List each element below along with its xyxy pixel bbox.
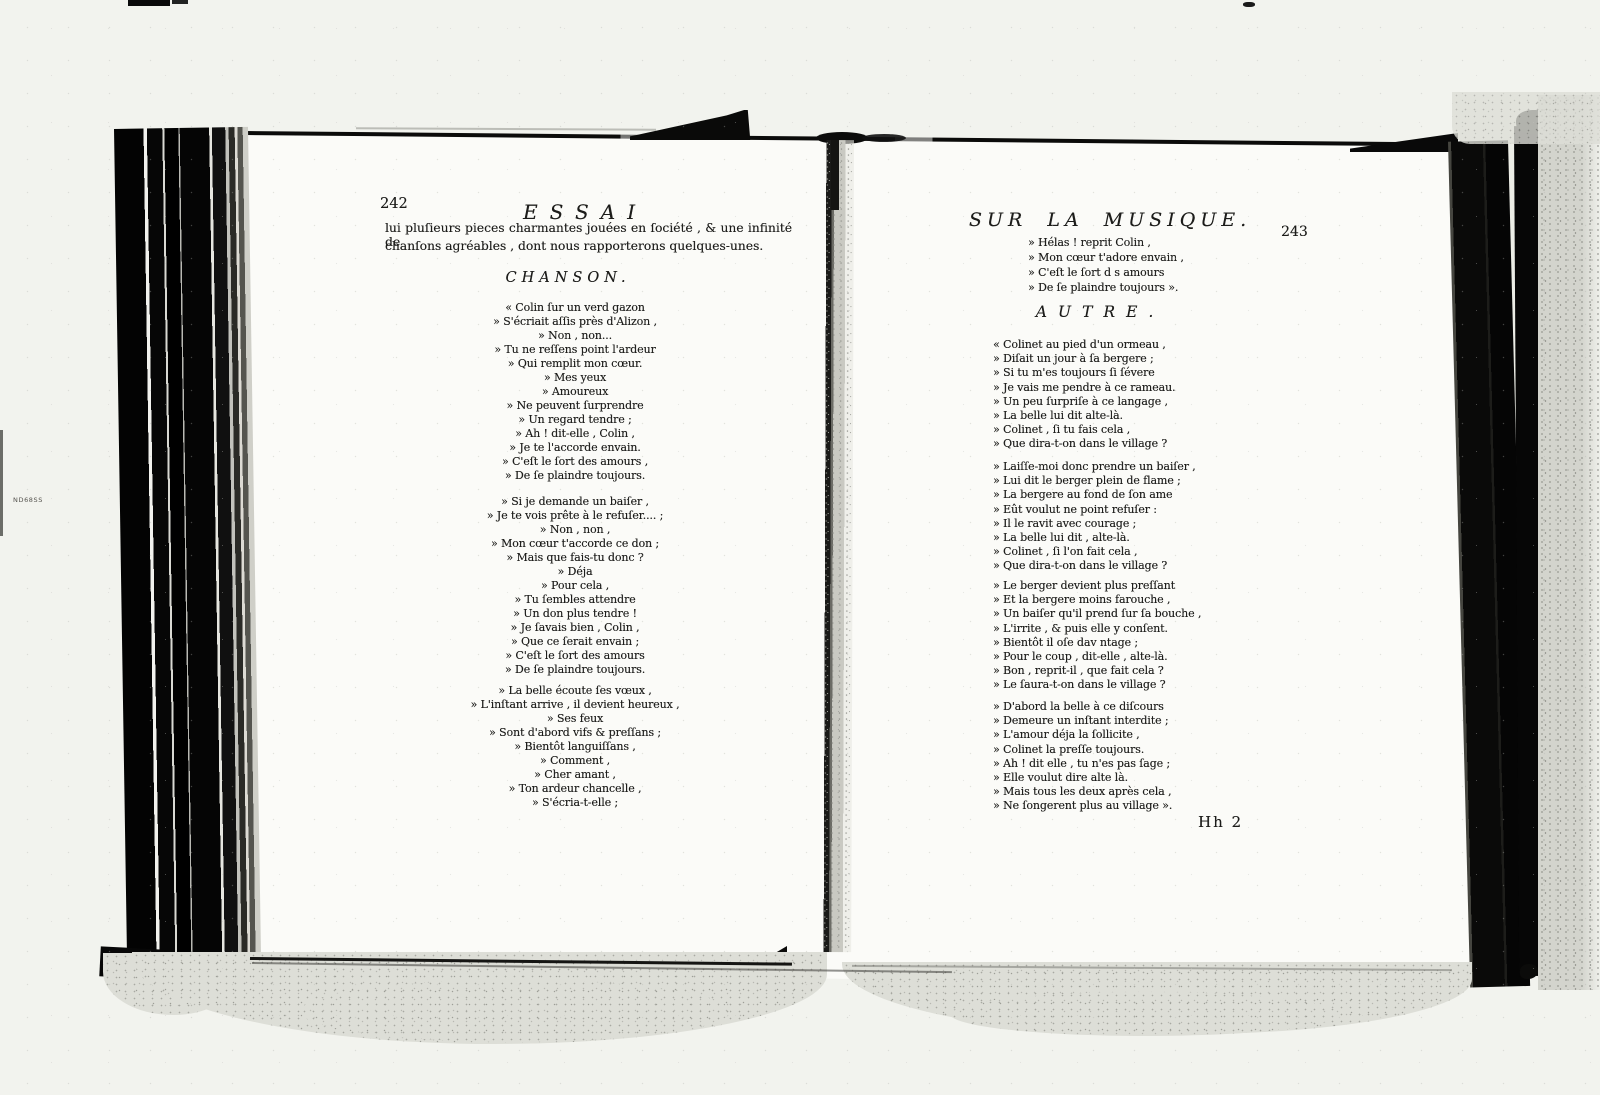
intro-paragraph-line: lui pluſieurs pieces charmantes jouées e… [385, 221, 792, 238]
poem-line: » Je ſavais bien , Colin , [368, 621, 782, 635]
poem-line: » Bon , reprit-il , que fait cela ? [993, 664, 1293, 678]
scanned-book-spread: ND68SS 242 ESSAI lui pluſieurs pieces ch… [0, 0, 1600, 1095]
intro-paragraph-line: chanſons agréables , dont nous rapporter… [385, 239, 792, 256]
poem-line: » Je te vois prête à le refuſer.... ; [368, 509, 782, 523]
poem-line: » Le ſaura-t-on dans le village ? [993, 678, 1293, 692]
left-page-edge-stack [114, 127, 261, 978]
poem-line: » Un baiſer qu'il prend ſur ſa bouche , [993, 607, 1293, 621]
poem-line: » Non , non... [368, 329, 782, 343]
section-heading-chanson: CHANSON. [368, 270, 768, 286]
poem-line: » Pour le coup , dit-elle , alte-là. [993, 650, 1293, 664]
poem-line: » Tu ſembles attendre [368, 593, 782, 607]
poem-line: » Colinet la preſſe toujours. [993, 743, 1293, 757]
poem-line: » Un don plus tendre ! [368, 607, 782, 621]
poem-line: » Hélas ! reprit Colin , [1028, 235, 1308, 250]
scan-artifact-blob [862, 134, 906, 142]
poem-line: » Lui dit le berger plein de flame ; [993, 474, 1293, 488]
scan-artifact-blob [630, 110, 754, 140]
poem-line: » Si je demande un baiſer , [368, 495, 782, 509]
poem-line: » Qui remplit mon cœur. [368, 357, 782, 371]
scan-artifact-faint-line [356, 127, 656, 131]
autre-stanza-3: » Le berger devient plus preſſant» Et la… [993, 579, 1293, 693]
book-gutter-top [831, 140, 839, 210]
scan-artifact-mark [1243, 2, 1255, 7]
poem-line: » Eût voulut ne point refuſer : [993, 503, 1293, 517]
poem-line: » Mon cœur t'adore envain , [1028, 250, 1308, 265]
scan-artifact-edge-line [0, 430, 3, 536]
poem-line: » Elle voulut dire alte là. [993, 771, 1293, 785]
poem-line: » Le berger devient plus preſſant [993, 579, 1293, 593]
poem-line: » Déja [368, 565, 782, 579]
poem-line: » Tu ne reſſens point l'ardeur [368, 343, 782, 357]
poem-line: » Que dira-t-on dans le village ? [993, 559, 1293, 573]
poem-line: » Si tu m'es toujours ſi ſévere [993, 366, 1293, 380]
poem-line: » Ne ſongerent plus au village ». [993, 799, 1293, 813]
poem-line: » D'abord la belle à ce diſcours [993, 700, 1293, 714]
poem-line: » C'eſt le ſort des amours [368, 649, 782, 663]
poem-line: » De ſe plaindre toujours ». [1028, 280, 1308, 295]
poem-line: » Ah ! dit elle , tu n'es pas ſage ; [993, 757, 1293, 771]
poem-line: » De ſe plaindre toujours. [368, 663, 782, 677]
chanson-stanza-3: » La belle écoute ſes vœux ,» L'inſtant … [368, 684, 782, 810]
right-cover-edge-hook [1520, 964, 1538, 979]
autre-stanza-2: » Laiſſe-moi donc prendre un baiſer ,» L… [993, 460, 1293, 574]
poem-line: » Ton ardeur chancelle , [368, 782, 782, 796]
poem-line: » Je vais me pendre à ce rameau. [993, 381, 1293, 395]
poem-line: » L'amour déja la ſollicite , [993, 728, 1293, 742]
book-gutter [821, 140, 854, 952]
autre-stanza-1: « Colinet au pied d'un ormeau ,» Diſait … [993, 338, 1293, 452]
poem-line: » Je te l'accorde envain. [368, 441, 782, 455]
poem-line: » Mais que fais-tu donc ? [368, 551, 782, 565]
poem-line: » La belle lui dit alte-là. [993, 409, 1293, 423]
autre-stanza-4: » D'abord la belle à ce diſcours» Demeur… [993, 700, 1293, 814]
poem-line: » Amoureux [368, 385, 782, 399]
poem-line: » Que ce ſerait envain ; [368, 635, 782, 649]
scan-speckle-right [1538, 95, 1600, 990]
poem-line: » Colinet , ſi tu fais cela , [993, 423, 1293, 437]
poem-line: » Ne peuvent ſurprendre [368, 399, 782, 413]
poem-line: » L'inſtant arrive , il devient heureux … [368, 698, 782, 712]
poem-line: » La bergere au fond de ſon ame [993, 488, 1293, 502]
poem-line: » Mais tous les deux après cela , [993, 785, 1293, 799]
poem-line: » Diſait un jour à ſa bergere ; [993, 352, 1293, 366]
chanson-stanza-1: « Colin ſur un verd gazon» S'écriait aſſ… [368, 301, 782, 483]
poem-line: » Non , non , [368, 523, 782, 537]
poem-line: » Bientôt languiſſans , [368, 740, 782, 754]
running-title-right: SUR LA MUSIQUE. [960, 209, 1260, 231]
poem-line: » Il le ravit avec courage ; [993, 517, 1293, 531]
poem-line: » C'eſt le ſort des amours , [368, 455, 782, 469]
poem-line: » Que dira-t-on dans le village ? [993, 437, 1293, 451]
poem-line: » Demeure un inſtant interdite ; [993, 714, 1293, 728]
signature-mark: Hh 2 [1198, 813, 1243, 831]
poem-line: » Un regard tendre ; [368, 413, 782, 427]
poem-line: » Ah ! dit-elle , Colin , [368, 427, 782, 441]
section-heading-autre: AUTRE. [950, 303, 1250, 321]
poem-line: » C'eſt le ſort d s amours [1028, 265, 1308, 280]
poem-line: » Ses feux [368, 712, 782, 726]
poem-line: « Colin ſur un verd gazon [368, 301, 782, 315]
poem-line: » Bientôt il oſe dav ntage ; [993, 636, 1293, 650]
poem-line: » Cher amant , [368, 768, 782, 782]
poem-line: » La belle lui dit , alte-là. [993, 531, 1293, 545]
scan-artifact-mark [172, 0, 188, 4]
scan-speckle-bottom [950, 992, 1340, 1036]
faint-margin-mark: ND68SS [13, 496, 43, 504]
poem-line: » Sont d'abord vifs & preſſans ; [368, 726, 782, 740]
poem-line: » Un peu ſurpriſe à ce langage , [993, 395, 1293, 409]
poem-line: » Mon cœur t'accorde ce don ; [368, 537, 782, 551]
scan-speckle-top-right [1452, 92, 1600, 144]
chanson-continuation: » Hélas ! reprit Colin ,» Mon cœur t'ado… [1028, 235, 1308, 295]
poem-line: » Et la bergere moins farouche , [993, 593, 1293, 607]
poem-line: » Pour cela , [368, 579, 782, 593]
poem-line: » Laiſſe-moi donc prendre un baiſer , [993, 460, 1293, 474]
poem-line: » De ſe plaindre toujours. [368, 469, 782, 483]
poem-line: » S'écriait aſſis près d'Alizon , [368, 315, 782, 329]
poem-line: » S'écria-t-elle ; [368, 796, 782, 810]
poem-line: » Comment , [368, 754, 782, 768]
poem-line: » Mes yeux [368, 371, 782, 385]
scan-artifact-mark [128, 0, 170, 6]
scan-speckle-bottom [300, 980, 730, 1042]
poem-line: » La belle écoute ſes vœux , [368, 684, 782, 698]
poem-line: « Colinet au pied d'un ormeau , [993, 338, 1293, 352]
poem-line: » Colinet , ſi l'on fait cela , [993, 545, 1293, 559]
chanson-stanza-2: » Si je demande un baiſer ,» Je te vois … [368, 495, 782, 677]
poem-line: » L'irrite , & puis elle y conſent. [993, 622, 1293, 636]
